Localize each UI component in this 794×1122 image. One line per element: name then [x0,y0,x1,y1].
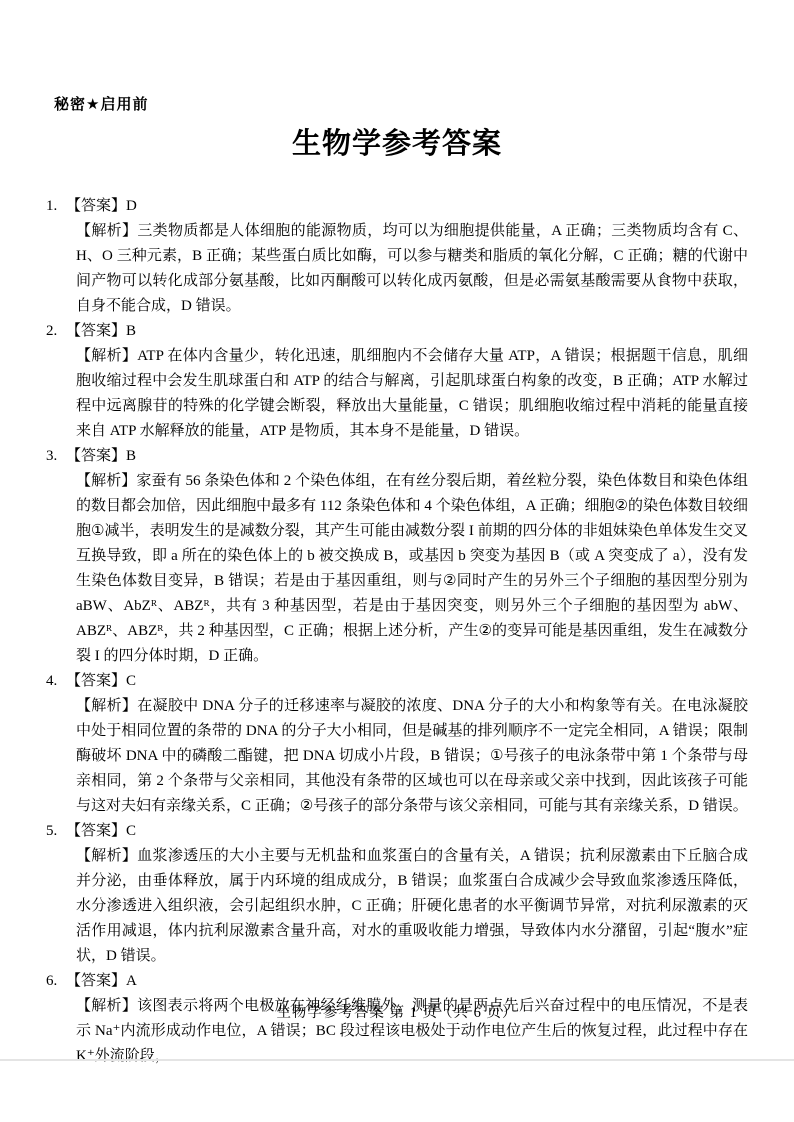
answer-item-1: 1.【答案】D 【解析】三类物质都是人体细胞的能源物质，均可以为细胞提供能量，A… [46,194,748,319]
answer-label: 【答案】 [66,323,126,339]
analysis-label: 【解析】 [76,698,137,714]
answer-item-3: 3.【答案】B 【解析】家蚕有 56 条染色体和 2 个染色体组，在有丝分裂后期… [46,444,748,669]
analysis-label: 【解析】 [76,473,136,489]
item-number: 6. [46,969,66,994]
answer-line: 3.【答案】B [46,444,748,469]
answer-value: B [126,323,136,339]
analysis-label: 【解析】 [76,348,137,364]
answer-label: 【答案】 [66,823,126,839]
answer-value: D [126,198,137,214]
answer-item-4: 4.【答案】C 【解析】在凝胶中 DNA 分子的迁移速率与凝胶的浓度、DNA 分… [46,669,748,819]
answer-value: A [126,973,137,989]
item-number: 4. [46,669,66,694]
answers-list: 1.【答案】D 【解析】三类物质都是人体细胞的能源物质，均可以为细胞提供能量，A… [46,194,748,1069]
explanation-text: 三类物质都是人体细胞的能源物质，均可以为细胞提供能量，A 正确；三类物质均含有 … [76,223,748,314]
explanation-paragraph: 【解析】家蚕有 56 条染色体和 2 个染色体组，在有丝分裂后期，着丝粒分裂，染… [76,469,748,669]
explanation-text: 血浆渗透压的大小主要与无机盐和血浆蛋白的含量有关，A 错误；抗利尿激素由下丘脑合… [76,848,748,964]
explanation-text: ATP 在体内含量少，转化迅速，肌细胞内不会储存大量 ATP，A 错误；根据题干… [76,348,748,439]
answer-line: 5.【答案】C [46,819,748,844]
answer-label: 【答案】 [66,973,126,989]
answer-item-5: 5.【答案】C 【解析】血浆渗透压的大小主要与无机盐和血浆蛋白的含量有关，A 错… [46,819,748,969]
explanation-paragraph: 【解析】血浆渗透压的大小主要与无机盐和血浆蛋白的含量有关，A 错误；抗利尿激素由… [76,844,748,969]
answer-label: 【答案】 [66,673,126,689]
answer-line: 1.【答案】D [46,194,748,219]
answer-sheet-page: 秘密★启用前 生物学参考答案 1.【答案】D 【解析】三类物质都是人体细胞的能源… [0,0,794,1122]
answer-label: 【答案】 [66,448,126,464]
answer-line: 6.【答案】A [46,969,748,994]
answer-line: 2.【答案】B [46,319,748,344]
item-number: 3. [46,444,66,469]
answer-line: 4.【答案】C [46,669,748,694]
explanation-paragraph: 【解析】在凝胶中 DNA 分子的迁移速率与凝胶的浓度、DNA 分子的大小和构象等… [76,694,748,819]
item-number: 2. [46,319,66,344]
security-label: 秘密★启用前 [54,93,148,114]
page-footer: 生物学参考答案 第 1 页（共 6 页） [0,1001,794,1022]
page-title: 生物学参考答案 [0,121,794,162]
item-number: 5. [46,819,66,844]
analysis-label: 【解析】 [76,223,137,239]
answer-value: C [126,823,136,839]
page-bottom-divider [0,1059,794,1061]
answer-label: 【答案】 [66,198,126,214]
answer-value: B [126,448,136,464]
answer-item-2: 2.【答案】B 【解析】ATP 在体内含量少，转化迅速，肌细胞内不会储存大量 A… [46,319,748,444]
explanation-text: 家蚕有 56 条染色体和 2 个染色体组，在有丝分裂后期，着丝粒分裂，染色体数目… [76,473,748,664]
answer-value: C [126,673,136,689]
explanation-paragraph: 【解析】三类物质都是人体细胞的能源物质，均可以为细胞提供能量，A 正确；三类物质… [76,219,748,319]
analysis-label: 【解析】 [76,848,137,864]
explanation-paragraph: 【解析】ATP 在体内含量少，转化迅速，肌细胞内不会储存大量 ATP，A 错误；… [76,344,748,444]
explanation-text: 在凝胶中 DNA 分子的迁移速率与凝胶的浓度、DNA 分子的大小和构象等有关。在… [76,698,748,814]
item-number: 1. [46,194,66,219]
